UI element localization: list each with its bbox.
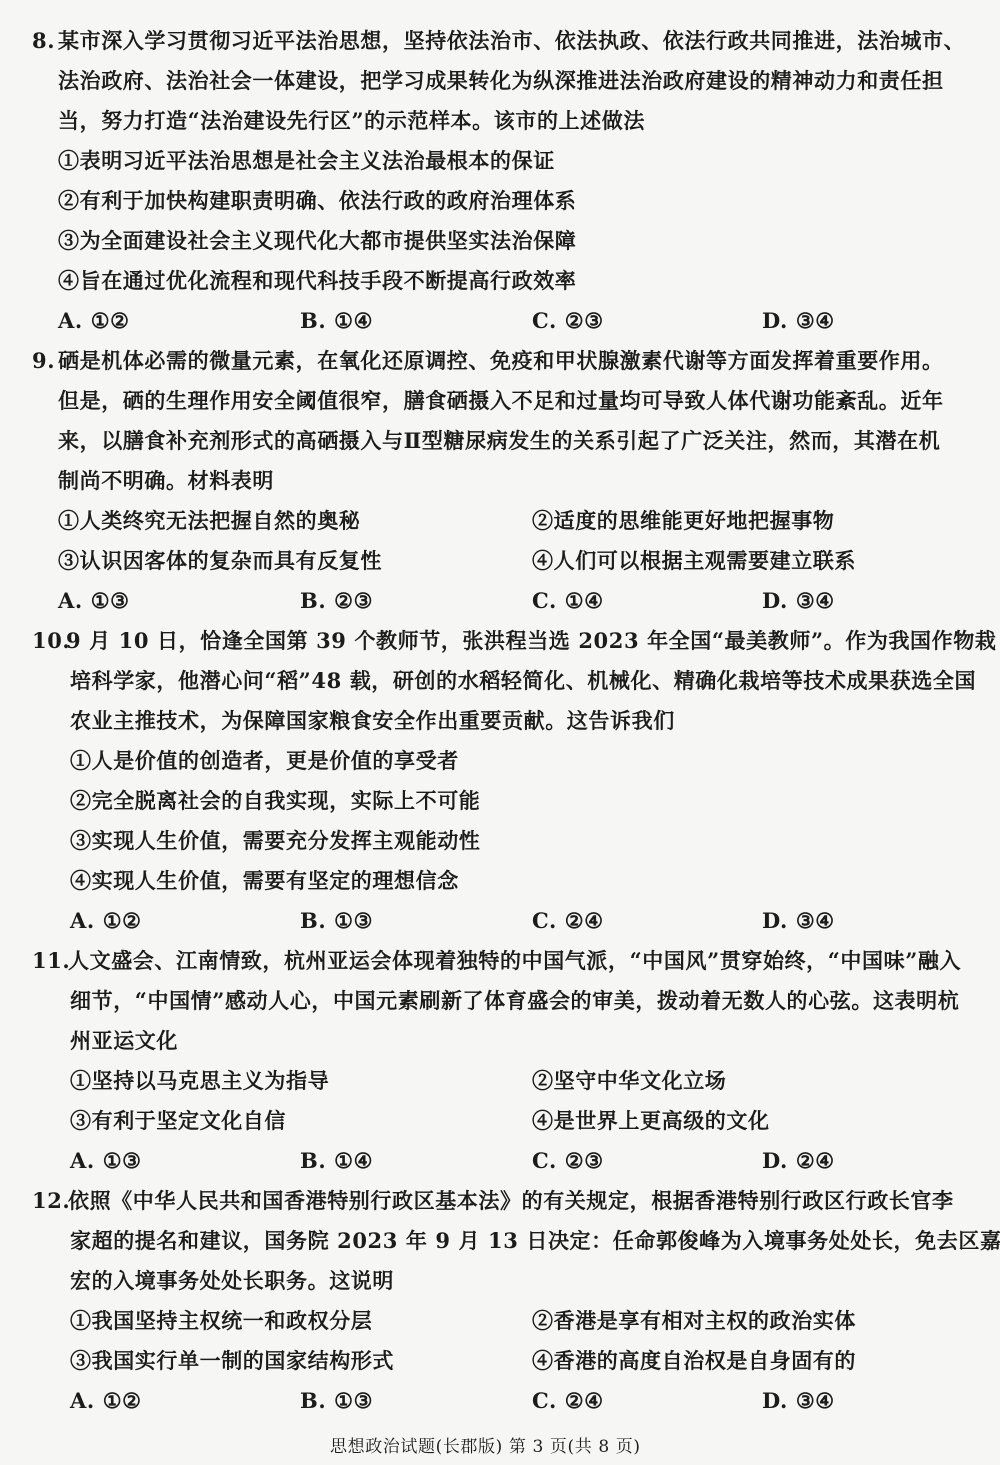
question-9-option-b: B. ②③ [300, 587, 373, 615]
question-9-statement: ④人们可以根据主观需要建立联系 [532, 547, 856, 575]
question-9-stem: 但是，硒的生理作用安全阈值很窄，膳食硒摄入不足和过量均可导致人体代谢功能紊乱。近… [58, 387, 944, 415]
question-11-statement: ①坚持以马克思主义为指导 [70, 1067, 329, 1095]
question-11-statement: ②坚守中华文化立场 [532, 1067, 726, 1095]
question-9-option-a: A. ①③ [58, 587, 130, 615]
question-12-statement: ③我国实行单一制的国家结构形式 [70, 1347, 394, 1375]
question-10-statement: ②完全脱离社会的自我实现，实际上不可能 [70, 787, 480, 815]
question-8-option-b: B. ①④ [300, 307, 373, 335]
question-8-option-d: D. ③④ [762, 307, 835, 335]
question-10-option-d: D. ③④ [762, 907, 835, 935]
question-8-option-c: C. ②③ [532, 307, 604, 335]
question-9-number: 9. [32, 347, 55, 375]
question-8-statement: ④旨在通过优化流程和现代科技手段不断提高行政效率 [58, 267, 576, 295]
question-8-number: 8. [32, 27, 55, 55]
question-9-option-d: D. ③④ [762, 587, 835, 615]
question-11-option-d: D. ②④ [762, 1147, 835, 1175]
question-12-stem: 依照《中华人民共和国香港特别行政区基本法》的有关规定，根据香港特别行政区行政长官… [68, 1187, 954, 1215]
question-11-stem: 州亚运文化 [70, 1027, 178, 1055]
question-8-statement: ①表明习近平法治思想是社会主义法治最根本的保证 [58, 147, 555, 175]
question-12-statement: ④香港的高度自治权是自身固有的 [532, 1347, 856, 1375]
question-12-number: 12. [32, 1187, 70, 1215]
question-11-stem: 人文盛会、江南情致，杭州亚运会体现着独特的中国气派，“中国风”贯穿始终，“中国味… [68, 947, 961, 975]
question-8-stem: 法治政府、法治社会一体建设，把学习成果转化为纵深推进法治政府建设的精神动力和责任… [58, 67, 944, 95]
question-12-stem: 家超的提名和建议，国务院 2023 年 9 月 13 日决定：任命郭俊峰为入境事… [70, 1227, 1000, 1255]
exam-page: 8. 某市深入学习贯彻习近平法治思想，坚持依法治市、依法执政、依法行政共同推进，… [0, 0, 1000, 1465]
question-10-number: 10. [32, 627, 70, 655]
question-12-option-c: C. ②④ [532, 1387, 604, 1415]
question-11-option-b: B. ①④ [300, 1147, 373, 1175]
question-12-stem: 宏的入境事务处处长职务。这说明 [70, 1267, 394, 1295]
question-8-option-a: A. ①② [58, 307, 130, 335]
question-11-statement: ④是世界上更高级的文化 [532, 1107, 770, 1135]
question-10-statement: ④实现人生价值，需要有坚定的理想信念 [70, 867, 459, 895]
question-12-option-d: D. ③④ [762, 1387, 835, 1415]
question-10-option-c: C. ②④ [532, 907, 604, 935]
question-12-statement: ②香港是享有相对主权的政治实体 [532, 1307, 856, 1335]
question-10-statement: ①人是价值的创造者，更是价值的享受者 [70, 747, 459, 775]
question-8-stem: 当，努力打造“法治建设先行区”的示范样本。该市的上述做法 [58, 107, 645, 135]
question-9-statement: ③认识因客体的复杂而具有反复性 [58, 547, 382, 575]
question-12-option-b: B. ①③ [300, 1387, 373, 1415]
question-9-statement: ①人类终究无法把握自然的奥秘 [58, 507, 360, 535]
question-10-option-a: A. ①② [70, 907, 142, 935]
question-12-statement: ①我国坚持主权统一和政权分层 [70, 1307, 372, 1335]
question-9-stem: 制尚不明确。材料表明 [58, 467, 274, 495]
question-9-stem: 硒是机体必需的微量元素，在氧化还原调控、免疫和甲状腺激素代谢等方面发挥着重要作用… [58, 347, 944, 375]
question-10-stem: 农业主推技术，为保障国家粮食安全作出重要贡献。这告诉我们 [70, 707, 675, 735]
question-12-option-a: A. ①② [70, 1387, 142, 1415]
question-10-stem: 培科学家，他潜心问“稻”48 载，研创的水稻轻简化、机械化、精确化栽培等技术成果… [70, 667, 976, 695]
question-8-statement: ③为全面建设社会主义现代化大都市提供坚实法治保障 [58, 227, 576, 255]
question-8-stem: 某市深入学习贯彻习近平法治思想，坚持依法治市、依法执政、依法行政共同推进，法治城… [58, 27, 965, 55]
question-9-option-c: C. ①④ [532, 587, 604, 615]
question-10-stem: 9 月 10 日，恰逢全国第 39 个教师节，张洪程当选 2023 年全国“最美… [66, 627, 996, 655]
page-footer: 思想政治试题(长郡版) 第 3 页(共 8 页) [330, 1433, 641, 1461]
question-11-statement: ③有利于坚定文化自信 [70, 1107, 286, 1135]
question-9-stem: 来，以膳食补充剂形式的高硒摄入与Ⅱ型糖尿病发生的关系引起了广泛关注，然而，其潜在… [58, 427, 940, 455]
question-11-number: 11. [32, 947, 70, 975]
question-11-option-a: A. ①③ [70, 1147, 142, 1175]
question-9-statement: ②适度的思维能更好地把握事物 [532, 507, 834, 535]
question-11-option-c: C. ②③ [532, 1147, 604, 1175]
question-10-option-b: B. ①③ [300, 907, 373, 935]
question-10-statement: ③实现人生价值，需要充分发挥主观能动性 [70, 827, 480, 855]
question-11-stem: 细节，“中国情”感动人心，中国元素刷新了体育盛会的审美，拨动着无数人的心弦。这表… [70, 987, 959, 1015]
question-8-statement: ②有利于加快构建职责明确、依法行政的政府治理体系 [58, 187, 576, 215]
